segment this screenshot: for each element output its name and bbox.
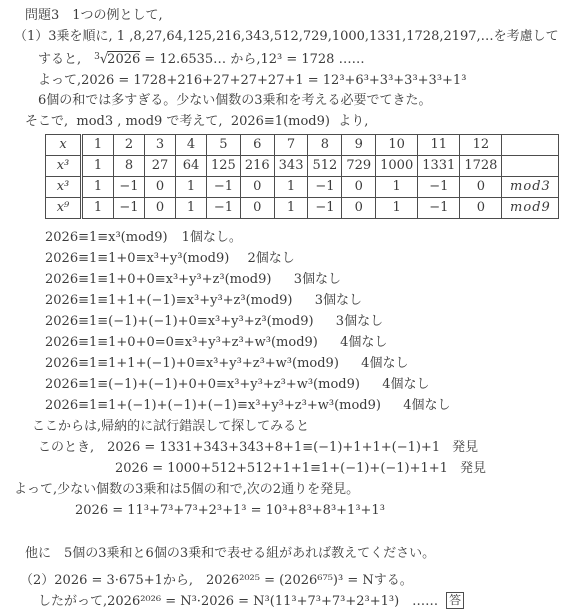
- congruence-math: 2026≡1≡(−1)+(−1)+0≡x³+y³+z³(mod9): [45, 314, 314, 329]
- table-cell: 10: [376, 135, 418, 156]
- table-cell: 1: [176, 177, 207, 198]
- final-math: したがって,2026²⁰²⁶ = N³·2026 = N³(11³+7³+7³+…: [38, 594, 438, 609]
- table-cell: 0: [145, 177, 176, 198]
- congruence-line: 2026≡1≡x³(mod9)1個なし。: [45, 227, 567, 248]
- table-cell: 1: [82, 135, 114, 156]
- congruence-note: 2個なし: [243, 251, 294, 266]
- table-cell: 5: [207, 135, 241, 156]
- congruence-note: 4個なし: [353, 356, 409, 371]
- table-cell: 0: [145, 198, 176, 219]
- table-cell: −1: [207, 198, 241, 219]
- mod-label-cell: mod9: [502, 198, 559, 219]
- table-row-mod9: x⁹ 1 −1 0 1 −1 0 1 −1 0 1 −1 0 mod9: [46, 198, 559, 219]
- row-header: x³: [46, 156, 82, 177]
- cube-root-line: すると, 3√2026 = 12.6535… から,12³ = 1728 ……: [38, 47, 567, 71]
- table-cell: 1000: [376, 156, 418, 177]
- table-cell: 125: [207, 156, 241, 177]
- table-cell: 1: [376, 198, 418, 219]
- table-cell: 64: [176, 156, 207, 177]
- table-cell: 7: [274, 135, 308, 156]
- table-row-mod3: x³ 1 −1 0 1 −1 0 1 −1 0 1 −1 0 mod3: [46, 177, 559, 198]
- final-answer-line: したがって,2026²⁰²⁶ = N³·2026 = N³(11³+7³+7³+…: [38, 591, 567, 612]
- table-cell: 0: [460, 198, 502, 219]
- congruence-math: 2026≡1≡1+0+0≡x³+y³+z³(mod9): [45, 272, 271, 287]
- congruence-note: 3個なし: [285, 272, 341, 287]
- table-cell: 9: [342, 135, 376, 156]
- found1-math: 2026 = 1331+343+343+8+1≡(−1)+1+1+(−1)+1: [107, 440, 440, 455]
- table-cell: −1: [114, 177, 145, 198]
- congruence-note: 4個なし: [374, 377, 430, 392]
- problem-title: 問題3 1つの例として,: [25, 6, 567, 27]
- root-line-prefix: すると,: [38, 52, 94, 67]
- congruence-line: 2026≡1≡1+0+0=0≡x³+y³+z³+w³(mod9) 4個なし: [45, 332, 567, 353]
- row-header: x: [46, 135, 82, 156]
- congruence-line: 2026≡1≡1+(−1)+(−1)+(−1)≡x³+y³+z³+w³(mod9…: [45, 395, 567, 416]
- table-cell: 0: [342, 198, 376, 219]
- table-cell: 1: [274, 198, 308, 219]
- congruence-line: 2026≡1≡1+1+(−1)+0≡x³+y³+z³+w³(mod9) 4個なし: [45, 353, 567, 374]
- mod-label-cell: [502, 135, 559, 156]
- table-cell: 11: [418, 135, 460, 156]
- table-cell: 216: [240, 156, 274, 177]
- congruence-note: 4個なし: [332, 335, 388, 350]
- six-cube-sum-line: よって,2026 = 1728+216+27+27+27+1 = 12³+6³+…: [38, 71, 567, 92]
- congruence-math: 2026≡1≡1+1+(−1)+0≡x³+y³+z³+w³(mod9): [45, 356, 339, 371]
- congruence-line: 2026≡1≡1+0≡x³+y³(mod9) 2個なし: [45, 248, 567, 269]
- mod-consider-line: そこで, mod3 , mod9 で考えて, 2026≡1(mod9) より,: [25, 112, 567, 133]
- result-equation-line: 2026 = 11³+7³+7³+2³+1³ = 10³+8³+8³+1³+1³: [75, 500, 567, 521]
- congruence-math: 2026≡1≡1+(−1)+(−1)+(−1)≡x³+y³+z³+w³(mod9…: [45, 398, 381, 413]
- congruence-math: 2026≡1≡1+0≡x³+y³(mod9): [45, 251, 229, 266]
- row-header: x⁹: [46, 198, 82, 219]
- table-cell: 2: [114, 135, 145, 156]
- table-row-xcube: x³ 1 8 27 64 125 216 343 512 729 1000 13…: [46, 156, 559, 177]
- table-cell: 1: [82, 198, 114, 219]
- table-row-x: x 1 2 3 4 5 6 7 8 9 10 11 12: [46, 135, 559, 156]
- table-cell: 1: [82, 156, 114, 177]
- found2-note: 発見: [460, 461, 486, 476]
- table-cell: 3: [145, 135, 176, 156]
- mod-label-cell: [502, 156, 559, 177]
- too-many-line: 6個の和では多すぎる。少ない個数の3乗和を考える必要でてきた。: [38, 91, 567, 112]
- congruence-math: 2026≡1≡x³(mod9): [45, 230, 168, 245]
- ask-others-line: 他に 5個の3乗和と6個の3乗和で表せる組があれば教えてください。: [25, 543, 567, 564]
- table-cell: 0: [240, 198, 274, 219]
- congruence-list: 2026≡1≡x³(mod9)1個なし。 2026≡1≡1+0≡x³+y³(mo…: [0, 227, 567, 416]
- congruence-line: 2026≡1≡(−1)+(−1)+0≡x³+y³+z³(mod9) 3個なし: [45, 311, 567, 332]
- table-cell: 12: [460, 135, 502, 156]
- found-line-2: 2026 = 1000+512+512+1+1≡1+(−1)+(−1)+1+1発…: [115, 458, 567, 479]
- congruence-note: 3個なし: [307, 293, 363, 308]
- root-radicand: 2026: [107, 52, 140, 67]
- conclusion-line: よって,少ない個数の3乗和は5個の和で,次の2通りを発見。: [14, 479, 567, 500]
- table-cell: −1: [418, 177, 460, 198]
- table-cell: 6: [240, 135, 274, 156]
- table-cell: 512: [308, 156, 342, 177]
- answer-box: 答: [446, 592, 464, 609]
- congruence-line: 2026≡1≡1+0+0≡x³+y³+z³(mod9) 3個なし: [45, 269, 567, 290]
- table-cell: 27: [145, 156, 176, 177]
- congruence-note: 1個なし。: [182, 230, 242, 245]
- part2-line: （2）2026 = 3·675+1から, 2026²⁰²⁵ = (2026⁶⁷⁵…: [20, 570, 567, 591]
- congruence-math: 2026≡1≡1+1+(−1)≡x³+y³+z³(mod9): [45, 293, 293, 308]
- table-cell: −1: [114, 198, 145, 219]
- table-cell: 1728: [460, 156, 502, 177]
- row-header: x³: [46, 177, 82, 198]
- table-cell: −1: [207, 177, 241, 198]
- table-cell: 1331: [418, 156, 460, 177]
- table-cell: 1: [376, 177, 418, 198]
- congruence-line: 2026≡1≡1+1+(−1)≡x³+y³+z³(mod9) 3個なし: [45, 290, 567, 311]
- found2-math: 2026 = 1000+512+512+1+1≡1+(−1)+(−1)+1+1: [115, 461, 448, 476]
- table-cell: 1: [82, 177, 114, 198]
- table-cell: −1: [308, 198, 342, 219]
- table-cell: 0: [460, 177, 502, 198]
- congruence-line: 2026≡1≡(−1)+(−1)+0+0≡x³+y³+z³+w³(mod9) 4…: [45, 374, 567, 395]
- table-cell: −1: [308, 177, 342, 198]
- found-line-1: このとき, 2026 = 1331+343+343+8+1≡(−1)+1+1+(…: [38, 437, 567, 458]
- found1-prefix: このとき,: [38, 440, 107, 455]
- table-cell: −1: [418, 198, 460, 219]
- table-cell: 0: [342, 177, 376, 198]
- found1-note: 発見: [452, 440, 478, 455]
- table-cell: 8: [114, 156, 145, 177]
- trial-error-line: ここからは,帰納的に試行錯誤して探してみると: [32, 416, 567, 437]
- congruence-math: 2026≡1≡1+0+0=0≡x³+y³+z³+w³(mod9): [45, 335, 318, 350]
- root-line-suffix: = 12.6535… から,12³ = 1728 ……: [140, 52, 364, 67]
- table-cell: 0: [240, 177, 274, 198]
- table-cell: 1: [274, 177, 308, 198]
- document-page: 問題3 1つの例として, （1）3乗を順に, 1 ,8,27,64,125,21…: [0, 0, 567, 615]
- mod-label-cell: mod3: [502, 177, 559, 198]
- table-cell: 729: [342, 156, 376, 177]
- congruence-note: 4個なし: [395, 398, 451, 413]
- cube-mod-table: x 1 2 3 4 5 6 7 8 9 10 11 12 x³ 1 8 27 6…: [45, 134, 559, 219]
- table-cell: 1: [176, 198, 207, 219]
- congruence-note: 3個なし: [328, 314, 384, 329]
- cube-sequence-line: （1）3乗を順に, 1 ,8,27,64,125,216,343,512,729…: [14, 27, 567, 48]
- table-cell: 8: [308, 135, 342, 156]
- table-cell: 4: [176, 135, 207, 156]
- table-cell: 343: [274, 156, 308, 177]
- congruence-math: 2026≡1≡(−1)+(−1)+0+0≡x³+y³+z³+w³(mod9): [45, 377, 360, 392]
